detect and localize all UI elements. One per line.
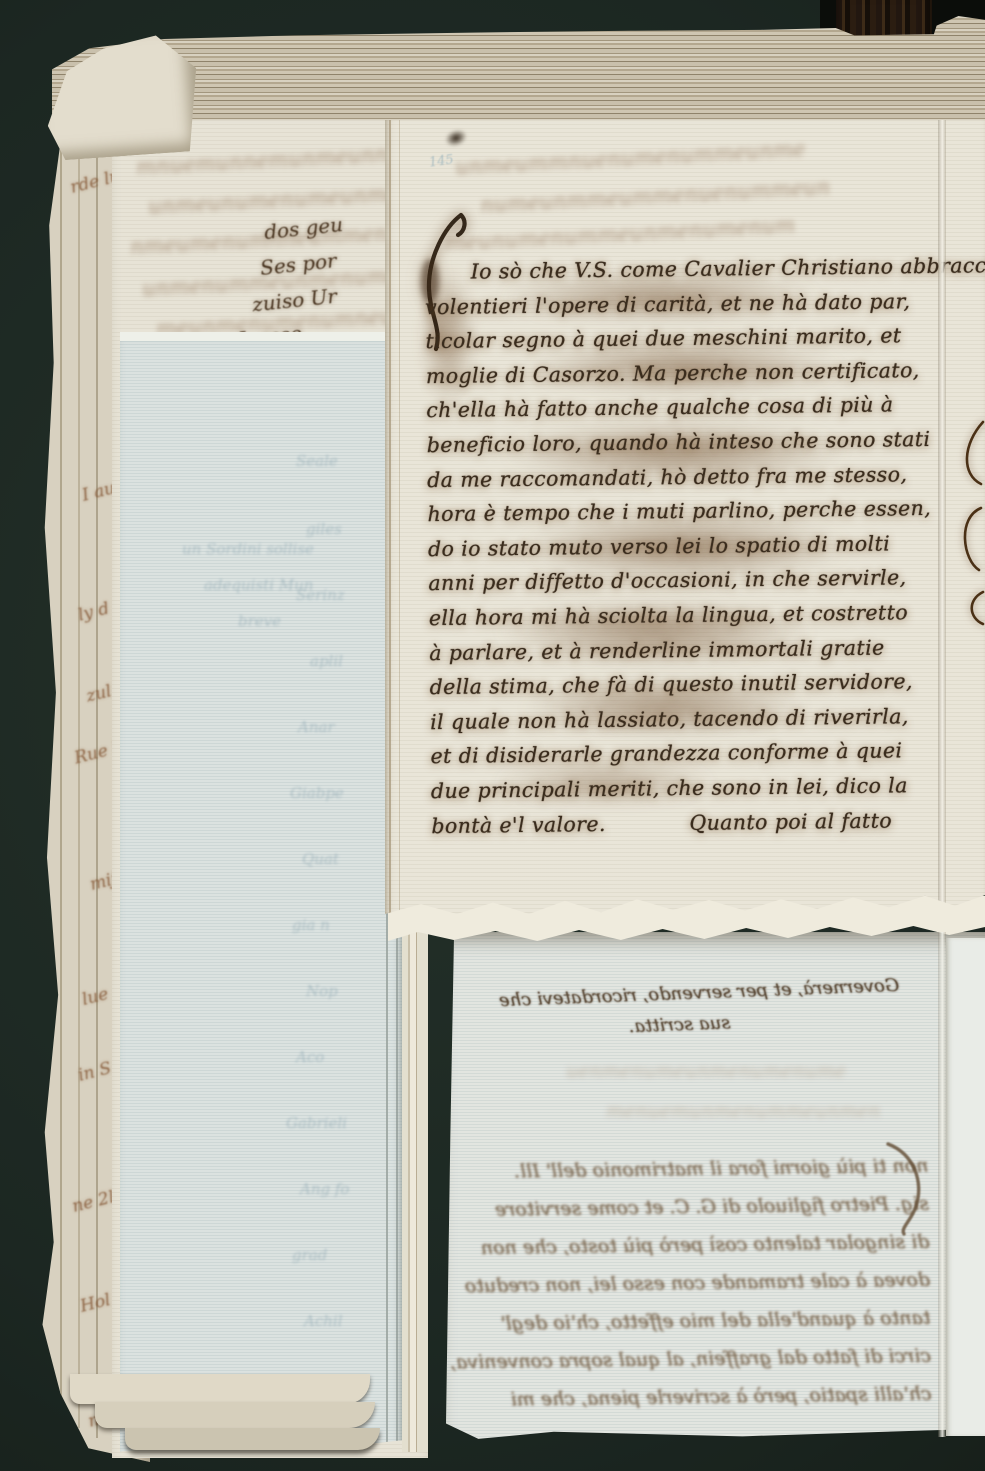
faint-note: breve (238, 612, 281, 630)
faint-list-entry: Serinz (296, 586, 345, 604)
ink-showthrough-row: meunumenummeunmenumenum (445, 213, 796, 255)
faint-list-entry: giles (306, 520, 342, 538)
ink-fragment: lue (80, 984, 111, 1010)
pen-flourish (878, 1136, 930, 1236)
ink-showthrough-row: nmeumenumnneummen (130, 221, 388, 258)
ink-showthrough-row: uenmenumeunmenumenume (566, 1060, 846, 1082)
mirrored-line: circi di fatto dal graffein, al qual sop… (453, 1337, 931, 1382)
ink-fragment: in S (76, 1058, 113, 1085)
verso-paragraph: non ti più giorni fora il matrimonio del… (450, 1147, 932, 1424)
fold-crease (938, 932, 946, 1437)
ink-showthrough-row: unmeummnuenumenummeunme (455, 137, 806, 179)
mirrored-line: di singolar talento così però più tosto,… (451, 1223, 929, 1268)
faint-list-entry: Gabrieli (286, 1114, 347, 1132)
folio-mark: 145 (428, 152, 455, 170)
lower-right-sliver (946, 938, 985, 1436)
mirrored-line: tanto à quand'ella del mio effetto, ch'i… (452, 1299, 930, 1344)
ink-showthrough-row: numeunmmeummenuenummeun (480, 175, 831, 217)
letter-line: bontà e'l valore. Quanto poi al fatto (431, 802, 936, 843)
ink-showthrough-row: unmeunumenumeunme (148, 181, 400, 218)
faint-list-entry: gia n (292, 916, 330, 934)
pen-flourish (953, 412, 985, 652)
faint-list-entry: Seale (296, 452, 338, 470)
fold-highlight (120, 332, 402, 341)
page-edge-line (389, 112, 391, 932)
ink-fragment: ly d (76, 599, 111, 626)
faint-list-entry: Nop (306, 982, 338, 1000)
mirrored-line: ch'alli spatio, però à scriverle piena, … (453, 1375, 931, 1420)
faint-list-entry: aplil (310, 652, 343, 670)
mirrored-line: non ti più giorni fora il matrimonio del… (450, 1147, 928, 1192)
faint-list-entry: Ang fo (300, 1180, 349, 1198)
mirrored-line: sig. Pietro figliuolo di G. C. et come s… (451, 1185, 929, 1230)
faint-list-entry: Quat (302, 850, 339, 868)
ink-fragment: ne 2l (70, 1187, 116, 1217)
blue-laid-page: un Sordini solliseadequisti Munbreve Sea… (120, 332, 402, 1456)
faint-list-entry: grad (292, 1246, 327, 1264)
letter-text: Io sò che V.S. come Cavalier Christiano … (424, 249, 936, 843)
leaf-corner (125, 1428, 380, 1450)
ink-showthrough-row: menuemunmenummeunmen (606, 1100, 880, 1122)
faint-list-entry: Giabpe (290, 784, 344, 802)
page-edge-line (399, 112, 400, 932)
faint-note: un Sordini sollise (182, 540, 314, 558)
mirrored-line: dovea à cale tramande con esso lei, non … (452, 1261, 930, 1306)
fold-crease (938, 112, 946, 932)
main-letter-page: unmeummnuenumenummeunmenumeunmmeummenuen… (385, 112, 985, 932)
ink-stain (439, 124, 472, 152)
leaf-corner (95, 1402, 375, 1428)
faint-list-entry: Achil (304, 1312, 343, 1330)
faint-list-entry: Anar (298, 718, 335, 736)
faint-list-entry: Aco (296, 1048, 324, 1066)
leaf-corner (70, 1374, 370, 1404)
archive-photo: rde luI auly dzul liRue llimijluein Sne … (0, 0, 985, 1471)
